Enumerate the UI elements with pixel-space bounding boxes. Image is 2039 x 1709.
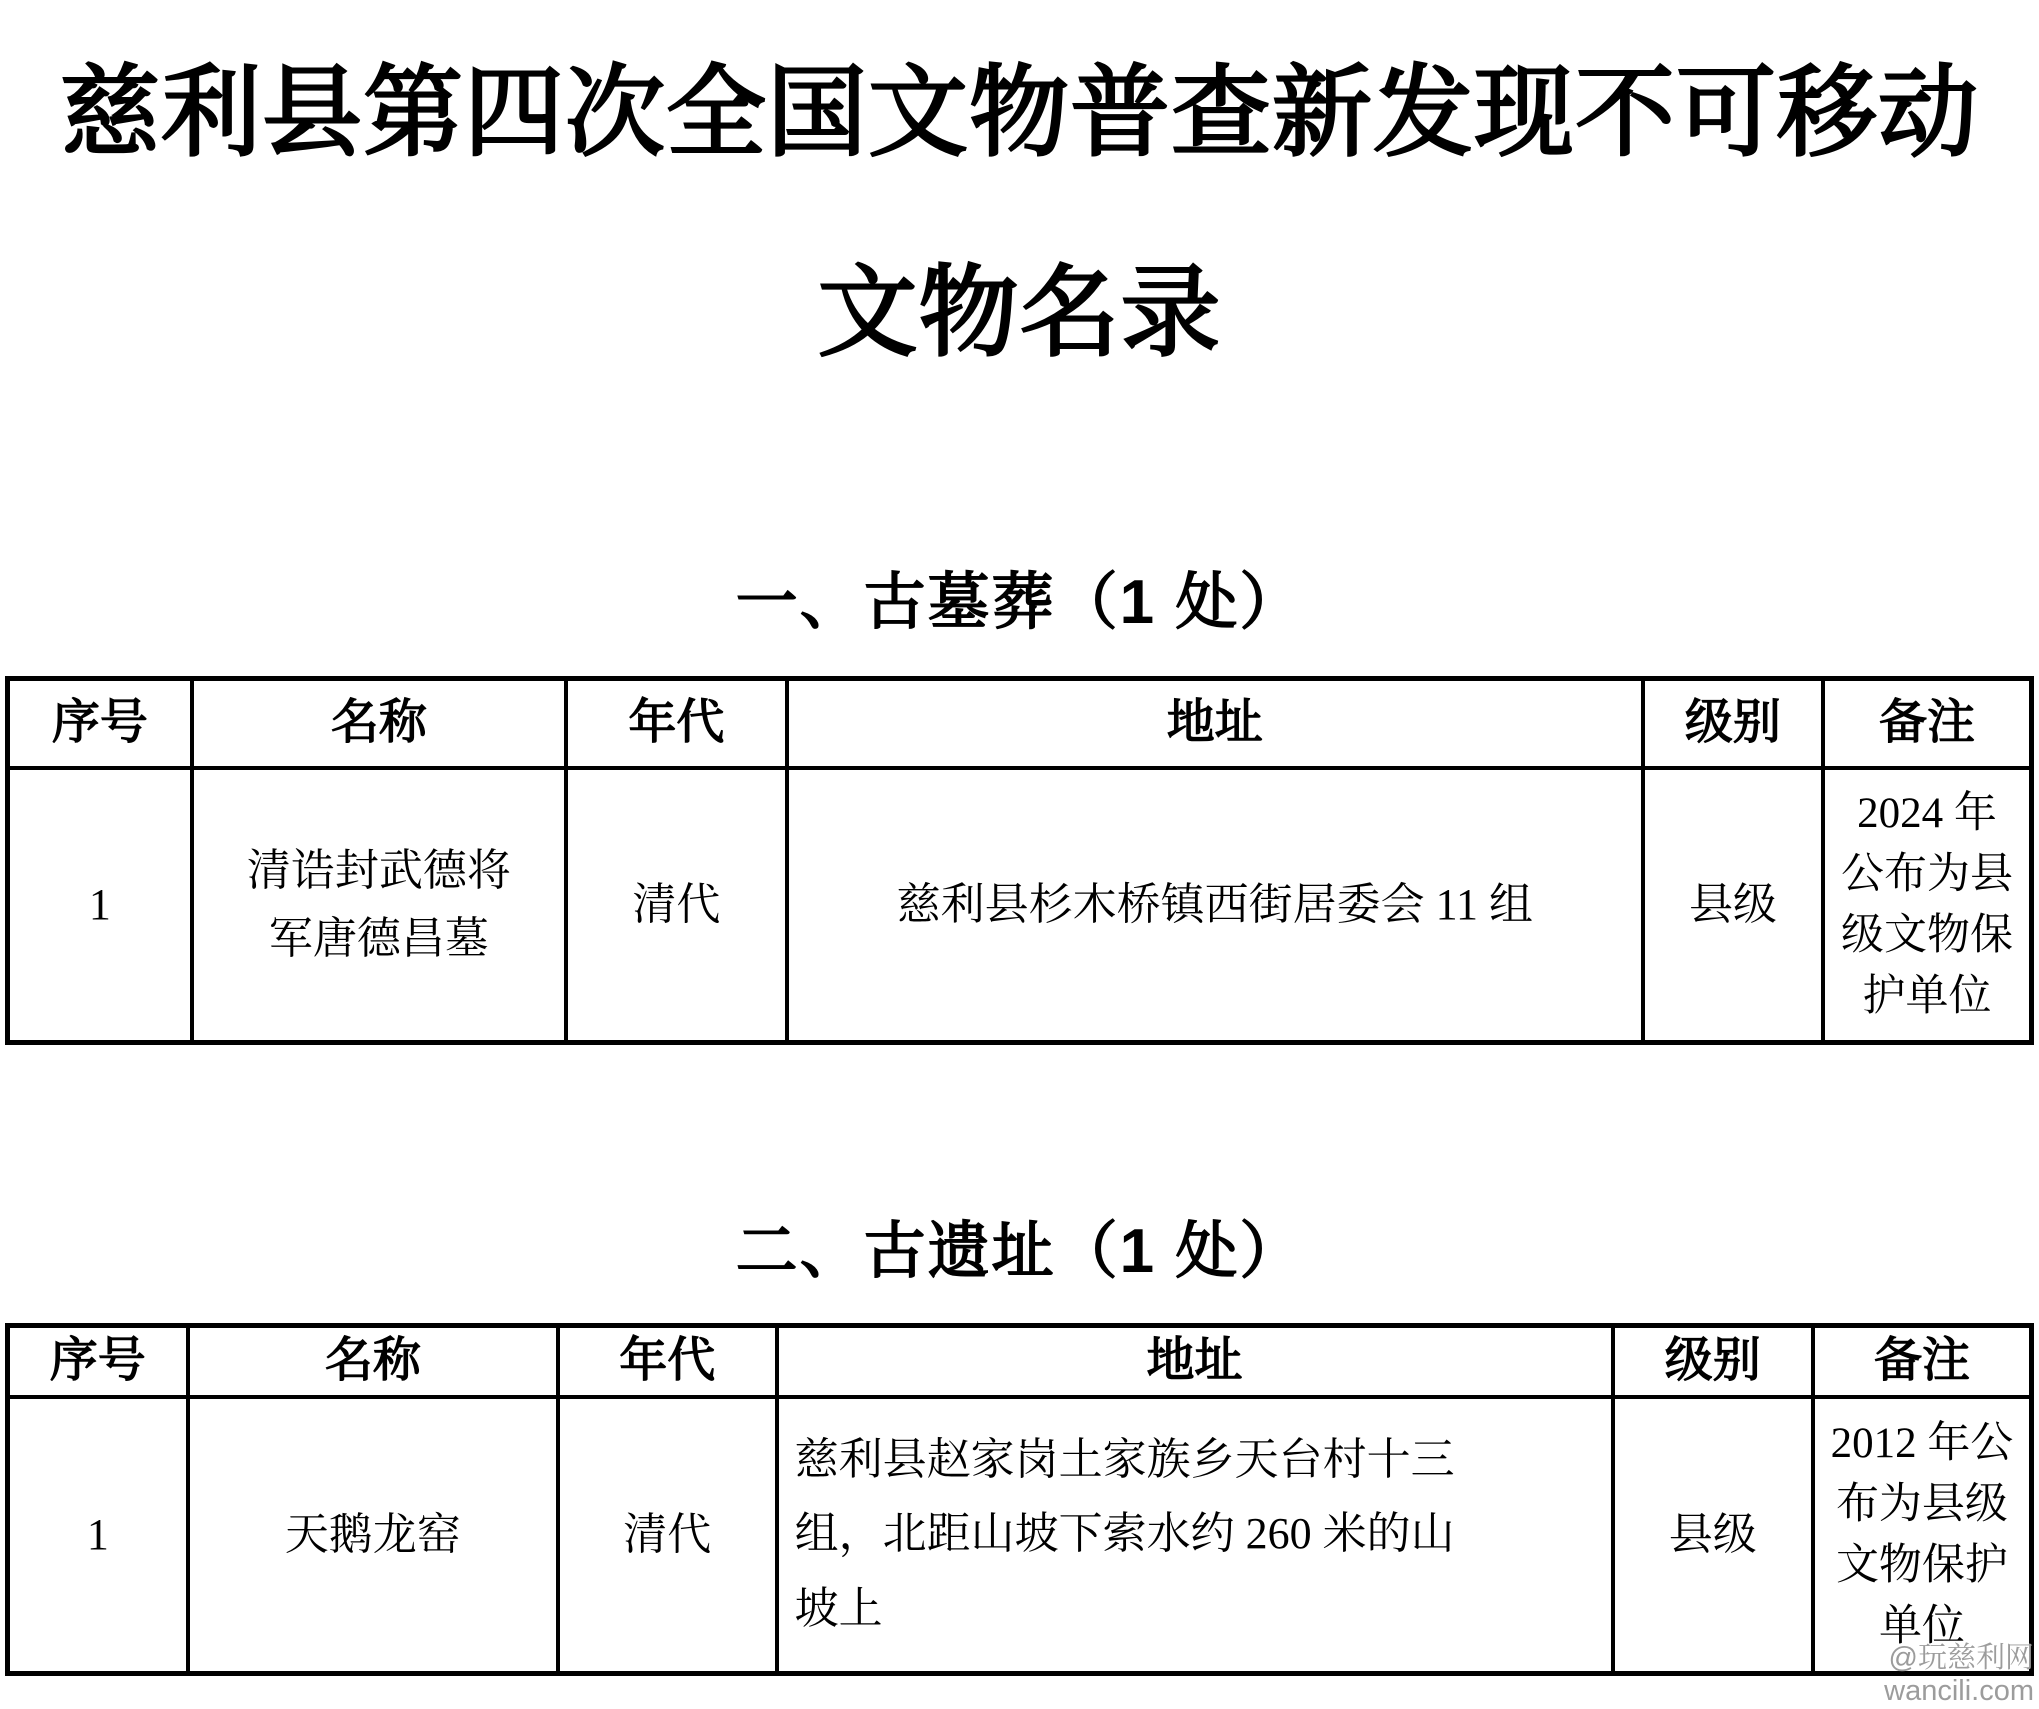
cell-level: 县级: [1643, 768, 1823, 1042]
cell-level: 县级: [1613, 1397, 1813, 1674]
table-row: 1清诰封武德将 军唐德昌墓清代慈利县杉木桥镇西街居委会 11 组县级2024 年…: [8, 768, 2032, 1042]
table-header-row: 序号名称年代地址级别备注: [8, 678, 2032, 768]
document-page: 慈利县第四次全国文物普查新发现不可移动 文物名录 一、古墓葬（1 处）序号名称年…: [0, 14, 2039, 1676]
table-header-row: 序号名称年代地址级别备注: [8, 1326, 2032, 1397]
table-row: 1天鹅龙窑清代慈利县赵家岗土家族乡天台村十三 组，北距山坡下索水约 260 米的…: [8, 1397, 2032, 1674]
cell-name: 天鹅龙窑: [188, 1397, 558, 1674]
cell-era: 清代: [566, 768, 787, 1042]
sections-container: 一、古墓葬（1 处）序号名称年代地址级别备注1清诰封武德将 军唐德昌墓清代慈利县…: [0, 564, 2039, 1676]
column-header-level: 级别: [1643, 678, 1823, 768]
column-header-name: 名称: [192, 678, 566, 768]
column-header-remarks: 备注: [1813, 1326, 2032, 1397]
cell-index: 1: [8, 1397, 188, 1674]
document-title: 慈利县第四次全国文物普查新发现不可移动 文物名录: [0, 14, 2039, 414]
cell-era: 清代: [558, 1397, 777, 1674]
section-1: 一、古墓葬（1 处）序号名称年代地址级别备注1清诰封武德将 军唐德昌墓清代慈利县…: [0, 564, 2039, 1045]
column-header-index: 序号: [8, 678, 192, 768]
relics-table: 序号名称年代地址级别备注1清诰封武德将 军唐德昌墓清代慈利县杉木桥镇西街居委会 …: [5, 676, 2034, 1045]
column-header-level: 级别: [1613, 1326, 1813, 1397]
cell-address: 慈利县杉木桥镇西街居委会 11 组: [787, 768, 1643, 1042]
cell-address: 慈利县赵家岗土家族乡天台村十三 组，北距山坡下索水约 260 米的山 坡上: [777, 1397, 1613, 1674]
watermark-site-name: @玩慈利网: [1884, 1642, 2034, 1674]
section-2: 二、古遗址（1 处）序号名称年代地址级别备注1天鹅龙窑清代慈利县赵家岗土家族乡天…: [0, 1213, 2039, 1677]
cell-index: 1: [8, 768, 192, 1042]
column-header-address: 地址: [777, 1326, 1613, 1397]
relics-table: 序号名称年代地址级别备注1天鹅龙窑清代慈利县赵家岗土家族乡天台村十三 组，北距山…: [5, 1323, 2034, 1676]
cell-remarks: 2024 年 公布为县 级文物保 护单位: [1823, 768, 2032, 1042]
section-heading: 一、古墓葬（1 处）: [0, 564, 2039, 642]
column-header-era: 年代: [566, 678, 787, 768]
column-header-index: 序号: [8, 1326, 188, 1397]
watermark: @玩慈利网 wancili.com: [1884, 1642, 2034, 1707]
column-header-name: 名称: [188, 1326, 558, 1397]
cell-remarks: 2012 年公 布为县级 文物保护 单位: [1813, 1397, 2032, 1674]
watermark-site-url: wancili.com: [1884, 1675, 2034, 1707]
column-header-remarks: 备注: [1823, 678, 2032, 768]
column-header-era: 年代: [558, 1326, 777, 1397]
cell-name: 清诰封武德将 军唐德昌墓: [192, 768, 566, 1042]
column-header-address: 地址: [787, 678, 1643, 768]
section-heading: 二、古遗址（1 处）: [0, 1213, 2039, 1291]
